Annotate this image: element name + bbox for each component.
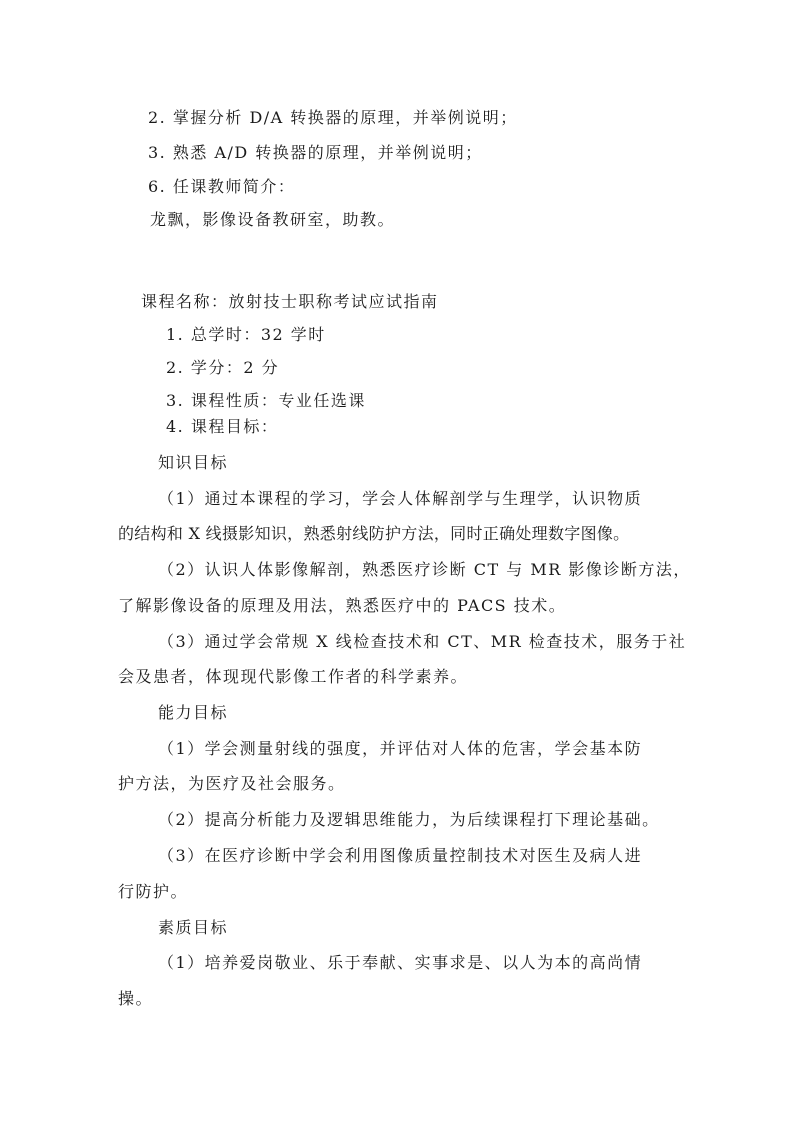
- ability-line: （2）提高分析能力及逻辑思维能力，为后续课程打下理论基础。: [158, 810, 660, 830]
- teacher-info: 龙飘，影像设备教研室，助教。: [150, 210, 395, 230]
- ability-line: 行防护。: [118, 882, 188, 902]
- quality-line: 操。: [118, 989, 153, 1009]
- objectives-heading: 4. 课程目标：: [166, 417, 278, 437]
- course-hours: 1. 总学时：32 学时: [166, 325, 326, 345]
- ability-line: （3）在医疗诊断中学会利用图像质量控制技术对医生及病人进: [158, 846, 642, 866]
- course-nature: 3. 课程性质：专业任选课: [166, 391, 366, 411]
- course-credits: 2. 学分：2 分: [166, 358, 279, 378]
- knowledge-line: （2）认识人体影像解剖，熟悉医疗诊断 CT 与 MR 影像诊断方法，: [158, 560, 691, 580]
- knowledge-line: 的结构和 X 线摄影知识，熟悉射线防护方法，同时正确处理数字图像。: [118, 524, 629, 544]
- knowledge-heading: 知识目标: [158, 453, 228, 473]
- knowledge-line: 了解影像设备的原理及用法，熟悉医疗中的 PACS 技术。: [118, 596, 566, 616]
- course-name: 课程名称：放射技士职称考试应试指南: [141, 292, 439, 312]
- teacher-heading: 6. 任课教师简介：: [148, 177, 295, 197]
- objective-item-3: 3. 熟悉 A/D 转换器的原理，并举例说明；: [148, 143, 483, 163]
- knowledge-line: （1）通过本课程的学习，学会人体解剖学与生理学，认识物质: [158, 489, 642, 509]
- ability-line: （1）学会测量射线的强度，并评估对人体的危害，学会基本防: [158, 739, 642, 759]
- objective-item-2: 2. 掌握分析 D/A 转换器的原理，并举例说明；: [148, 108, 518, 128]
- ability-heading: 能力目标: [158, 703, 228, 723]
- quality-heading: 素质目标: [158, 918, 228, 938]
- ability-line: 护方法，为医疗及社会服务。: [118, 774, 346, 794]
- knowledge-line: （3）通过学会常规 X 线检查技术和 CT、MR 检查技术，服务于社: [158, 632, 686, 652]
- quality-line: （1）培养爱岗敬业、乐于奉献、实事求是、以人为本的高尚情: [158, 953, 642, 973]
- knowledge-line: 会及患者，体现现代影像工作者的科学素养。: [118, 667, 468, 687]
